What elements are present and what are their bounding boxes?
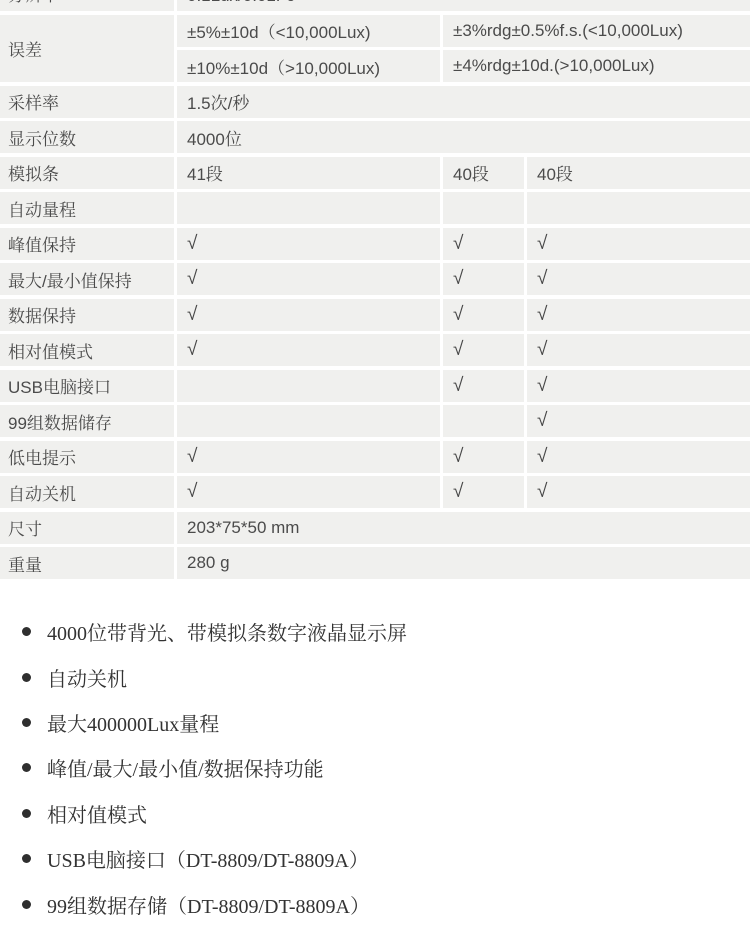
spec-label-cell: 重量 [0,547,174,579]
spec-label-cell: 最大/最小值保持 [0,263,174,295]
check-cell: √ [177,476,440,508]
check-cell [177,405,440,437]
spec-value: 0.1Lux/0.01Fc [187,0,295,10]
spec-value-cell: 4000位 [177,121,750,153]
spec-label-cell: 99组数据储存 [0,405,174,437]
feature-text: 99组数据存储（DT-8809/DT-8809A） [47,890,370,919]
spec-value-cell [527,192,750,224]
spec-value-cell: 40段 [527,157,750,189]
spec-label-cell: 自动关机 [0,476,174,508]
check-cell: √ [443,299,524,331]
spec-label-cell: 分辨率 [0,0,174,11]
spec-label-cell: 模拟条 [0,157,174,189]
spec-label-cell: 尺寸 [0,512,174,544]
check-cell: √ [527,299,750,331]
check-cell: √ [177,299,440,331]
feature-text: 最大400000Lux量程 [47,708,219,737]
feature-item: 最大400000Lux量程 [22,700,750,745]
check-cell: √ [443,441,524,473]
bullet-dot-icon [22,763,31,772]
check-cell [443,405,524,437]
spec-label-cell: 相对值模式 [0,334,174,366]
spec-label-cell: 显示位数 [0,121,174,153]
feature-item: 4000位带背光、带模拟条数字液晶显示屏 [22,609,750,654]
check-cell: √ [527,441,750,473]
spec-value-cell [443,192,524,224]
check-cell: √ [177,334,440,366]
spec-value-cell: 203*75*50 mm [177,512,750,544]
spec-value-cell: ±3%rdg±0.5%f.s.(<10,000Lux) [443,15,750,47]
feature-text: 峰值/最大/最小值/数据保持功能 [47,753,324,782]
feature-text: 4000位带背光、带模拟条数字液晶显示屏 [47,617,407,646]
check-cell: √ [527,476,750,508]
spec-label: 分辨率 [8,0,59,10]
spec-label-cell: USB电脑接口 [0,370,174,402]
bullet-dot-icon [22,854,31,863]
bullet-dot-icon [22,673,31,682]
spec-value-cell [177,192,440,224]
check-cell: √ [443,476,524,508]
spec-value-cell: ±4%rdg±10d.(>10,000Lux) [443,50,750,82]
check-cell: √ [443,228,524,260]
feature-text: 相对值模式 [47,799,147,828]
spec-value-cell: ±5%±10d（<10,000Lux) [177,15,440,47]
feature-item: 峰值/最大/最小值/数据保持功能 [22,745,750,790]
check-cell: √ [527,228,750,260]
feature-item: 99组数据存储（DT-8809/DT-8809A） [22,881,750,926]
check-cell: √ [527,370,750,402]
spec-label-cell: 低电提示 [0,441,174,473]
bullet-dot-icon [22,718,31,727]
check-cell: √ [177,441,440,473]
check-cell: √ [443,263,524,295]
feature-item: 相对值模式 [22,791,750,836]
spec-value-cell: 40段 [443,157,524,189]
check-cell: √ [527,405,750,437]
product-spec-page: 分辨率 0.1Lux/0.01Fc 误差 ±5%±10d（<10,000Lux)… [0,0,750,941]
check-cell [177,370,440,402]
spec-value-cell: 41段 [177,157,440,189]
spec-label-cell: 误差 [0,15,174,83]
feature-text: 自动关机 [47,663,127,692]
bullet-dot-icon [22,809,31,818]
check-cell: √ [527,334,750,366]
spec-table: 分辨率 0.1Lux/0.01Fc 误差 ±5%±10d（<10,000Lux)… [0,0,750,579]
bullet-dot-icon [22,627,31,636]
spec-value-cell: 1.5次/秒 [177,86,750,118]
bullet-dot-icon [22,900,31,909]
spec-label-cell: 自动量程 [0,192,174,224]
spec-label-cell: 数据保持 [0,299,174,331]
check-cell: √ [443,370,524,402]
spec-label-cell: 采样率 [0,86,174,118]
spec-value-cell: ±10%±10d（>10,000Lux) [177,50,440,82]
check-cell: √ [443,334,524,366]
feature-text: USB电脑接口（DT-8809/DT-8809A） [47,844,369,873]
feature-item: 自动关机 [22,654,750,699]
feature-item: USB电脑接口（DT-8809/DT-8809A） [22,836,750,881]
check-cell: √ [177,263,440,295]
feature-list: 4000位带背光、带模拟条数字液晶显示屏 自动关机 最大400000Lux量程 … [0,609,750,927]
check-cell: √ [177,228,440,260]
spec-value-cell: 0.1Lux/0.01Fc [177,0,750,11]
spec-value-cell: 280 g [177,547,750,579]
spec-label-cell: 峰值保持 [0,228,174,260]
check-cell: √ [527,263,750,295]
